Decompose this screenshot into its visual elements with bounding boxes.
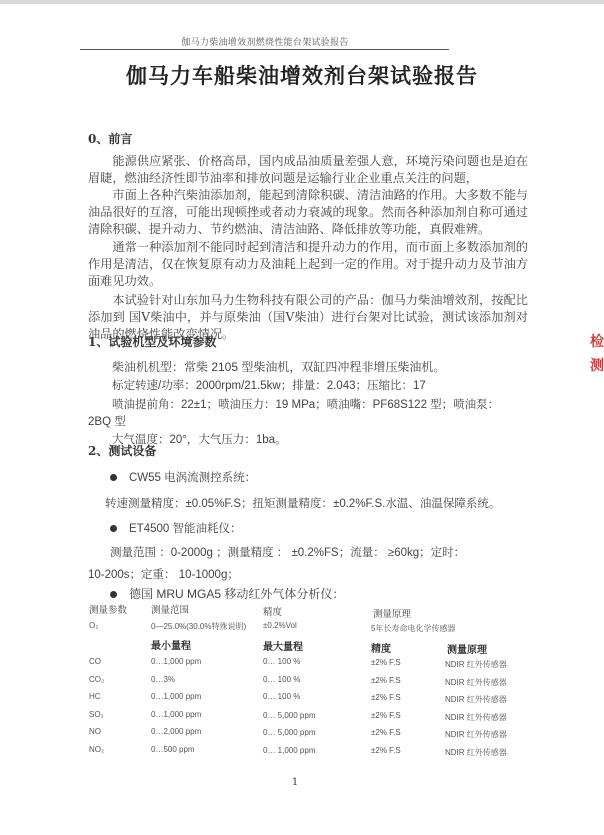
- table-header-accuracy-2: 精度: [371, 640, 391, 655]
- o2-principle: 5年长寿命电化学传感器: [371, 623, 455, 634]
- equipment-item-cw55: CW55 电涡流测控系统：: [110, 469, 256, 485]
- equipment-item-mga5: 德国 MRU MGA5 移动红外气体分析仪：: [110, 585, 344, 602]
- equipment-item-et4500: ET4500 智能油耗仪：: [110, 520, 241, 536]
- section-heading-preface: 0、前言: [88, 130, 132, 147]
- engine-injection-line: 喷油提前角：22±1；喷油压力：19 MPa；喷油嘴：PF68S122 型；喷油…: [112, 396, 499, 412]
- o2-range: 0—25.0%(30.0%特殊说明): [151, 621, 246, 632]
- red-seal-stamp: 检测: [590, 330, 604, 460]
- table-header-range: 测量范围: [151, 602, 189, 616]
- et4500-detail-2: 10-200s；定重： 10-1000g；: [88, 566, 239, 582]
- table-header-max-range: 最大量程: [263, 638, 303, 653]
- gas-analyzer-table: 测量参数 测量范围 精度 测量原理 O₂ 0—25.0%(30.0%特殊说明) …: [89, 602, 559, 772]
- table-header-param: 测量参数: [89, 602, 127, 616]
- scan-top-edge: [0, 0, 604, 4]
- bullet-icon: [110, 525, 117, 532]
- table-header-min-range: 最小量程: [151, 637, 191, 652]
- engine-model-line: 柴油机机型：常柴 2105 型柴油机，双缸四冲程非增压柴油机。: [112, 358, 445, 375]
- page-number: 1: [0, 777, 590, 788]
- section-heading-equipment: 2、测试设备: [88, 442, 156, 459]
- document-title: 伽马力车船柴油增效剂台架试验报告: [0, 60, 604, 90]
- header-rule: [80, 49, 449, 50]
- preface-paragraph-2: 市面上各种汽柴油添加剂，能起到清除积碳、清洁油路的作用。大多数不能与油品很好的互…: [88, 187, 528, 238]
- cw55-detail: 转速测量精度：±0.05%F.S；扭矩测量精度：±0.2%F.S.水温、油温保障…: [105, 495, 500, 511]
- engine-rating-line: 标定转速/功率：2000rpm/21.5kw；排量：2.043；压缩比：17: [112, 377, 426, 393]
- preface-paragraph-3: 通常一种添加剂不能同时起到清洁和提升动力的作用，而市面上多数添加剂的作用是清洁，…: [88, 239, 528, 290]
- table-header-accuracy: 精度: [263, 604, 282, 618]
- o2-param: O₂: [89, 621, 98, 630]
- et4500-detail-1: 测量范围 ：0-2000g ；测量精度 ： ±0.2%FS；流量： ≥60kg；…: [110, 544, 465, 560]
- bullet-icon: [110, 591, 117, 598]
- engine-pump-line: 2BQ 型: [88, 413, 126, 429]
- running-header: 伽马力柴油增效剂燃烧性能台架试验报告: [80, 35, 450, 48]
- preface-paragraph-1: 能源供应紧张、价格高昂，国内成品油质量差强人意，环境污染问题也是迫在眉睫，燃油经…: [88, 153, 528, 187]
- section-heading-engine: 1、试验机型及环境参数: [88, 333, 216, 350]
- bullet-icon: [110, 474, 117, 481]
- table-header-principle: 测量原理: [373, 606, 411, 620]
- table-header-principle-2: 测量原理: [447, 641, 487, 656]
- o2-accuracy: ±0.2%Vol: [263, 621, 297, 630]
